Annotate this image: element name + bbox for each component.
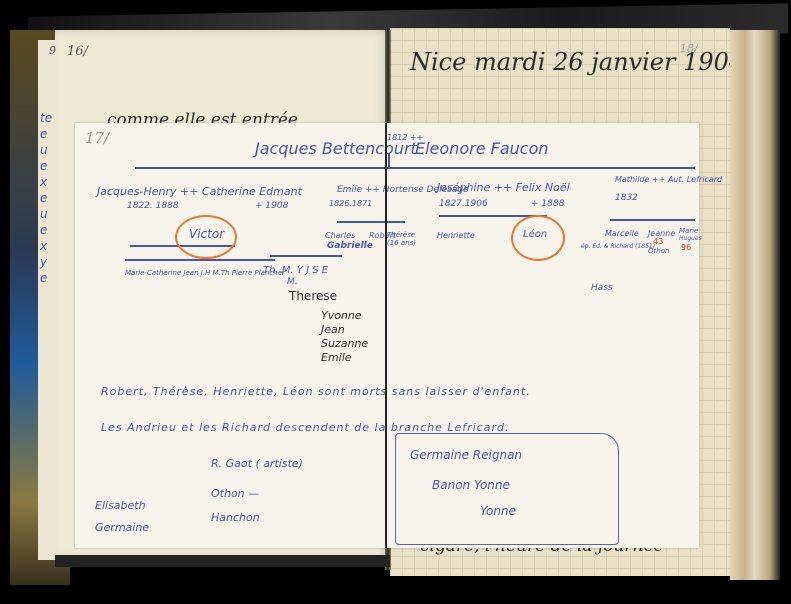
- lower-left-1: Elisabeth: [95, 499, 146, 512]
- grandchild-marie: Marie: [679, 227, 698, 235]
- grandchild-victor: Victor: [189, 227, 224, 241]
- jeanne-note: Othon: [648, 247, 669, 255]
- name-jean: Jean: [321, 323, 345, 336]
- grandchild-therese: Thérèse (16 ans): [387, 231, 421, 247]
- victor-children: Marie-Catherine Jean J.H M.Th Pierre Pla…: [125, 269, 285, 277]
- child-mathilde: Mathilde ++ Aut. Lefricard: [615, 175, 722, 184]
- lower-left-2: Germaine: [95, 521, 149, 534]
- marie-note: Hugues: [679, 235, 702, 242]
- child-mathilde-dates: 1832: [615, 193, 638, 203]
- child-josephine-death: + 1888: [531, 199, 564, 209]
- left-page-number: 16/: [67, 44, 88, 59]
- charles-wife: Gabrielle: [327, 241, 373, 251]
- genealogy-sheet: 17/ Jacques Bettencourt 1812 ++ Eleonore…: [75, 123, 699, 548]
- name-emile: Emile: [321, 351, 352, 364]
- right-page-number: 18/: [680, 42, 698, 55]
- lower-right-3: Hanchon: [211, 511, 260, 524]
- child-josephine: Joséphine ++ Felix Noël: [437, 181, 570, 194]
- root-wife: Eleonore Faucon: [415, 139, 549, 158]
- grandchild-charles: Charles: [325, 231, 355, 240]
- charles-children-initials: Th. M. Y J S E: [263, 265, 328, 276]
- sheet-fold-line: [385, 123, 387, 548]
- child-jacques-henry: Jacques-Henry ++ Catherine Edmant: [97, 185, 302, 198]
- sheet-page-number: 17/: [85, 129, 109, 147]
- marie-red-number: 96: [681, 243, 691, 252]
- plastic-bottom: [55, 555, 390, 567]
- edge-page-number: 9: [49, 44, 56, 57]
- tree-line-victor-children: [125, 259, 275, 261]
- note-line-1: Robert, Thérèse, Henriette, Léon sont mo…: [101, 385, 531, 398]
- tree-line-emile: [337, 221, 405, 223]
- jeanne-red-number: 43: [653, 237, 663, 246]
- marcelle-note: ép. Ed. & Richard (1851): [581, 243, 655, 250]
- boxed-note-line-2: Banon Yonne: [432, 478, 510, 492]
- child-josephine-dates: 1827.1906: [439, 199, 488, 209]
- grandchild-leon: Léon: [523, 229, 547, 240]
- tree-line-root: [135, 167, 695, 169]
- name-suzanne: Suzanne: [321, 337, 368, 350]
- boxed-note-line-1: Germaine Reignan: [410, 448, 522, 462]
- boxed-note: Germaine Reignan Banon Yonne Yonne: [395, 433, 619, 545]
- lower-right-2: Othon —: [211, 487, 259, 500]
- tree-line-mathilde: [610, 219, 695, 221]
- boxed-note-line-3: Yonne: [480, 504, 516, 518]
- child-emile-dates: 1826.1871: [329, 199, 372, 208]
- tree-line-charles-children: [270, 255, 342, 257]
- child-jacques-henry-death: + 1908: [255, 201, 288, 211]
- child-jacques-henry-dates: 1822. 1888: [127, 201, 179, 211]
- grandchild-henriette: Henriette: [437, 231, 475, 240]
- mathilde-extra: Hass: [591, 283, 613, 293]
- name-yvonne: Yvonne: [321, 309, 362, 322]
- charles-children-sub: M.: [287, 277, 298, 287]
- page-edges-right: [730, 30, 780, 580]
- grandchild-marcelle: Marcelle: [605, 229, 639, 238]
- tree-line-root-drop: [388, 153, 390, 167]
- name-therese: Therese: [289, 289, 337, 303]
- lower-right-1: R. Gaot ( artiste): [211, 457, 303, 470]
